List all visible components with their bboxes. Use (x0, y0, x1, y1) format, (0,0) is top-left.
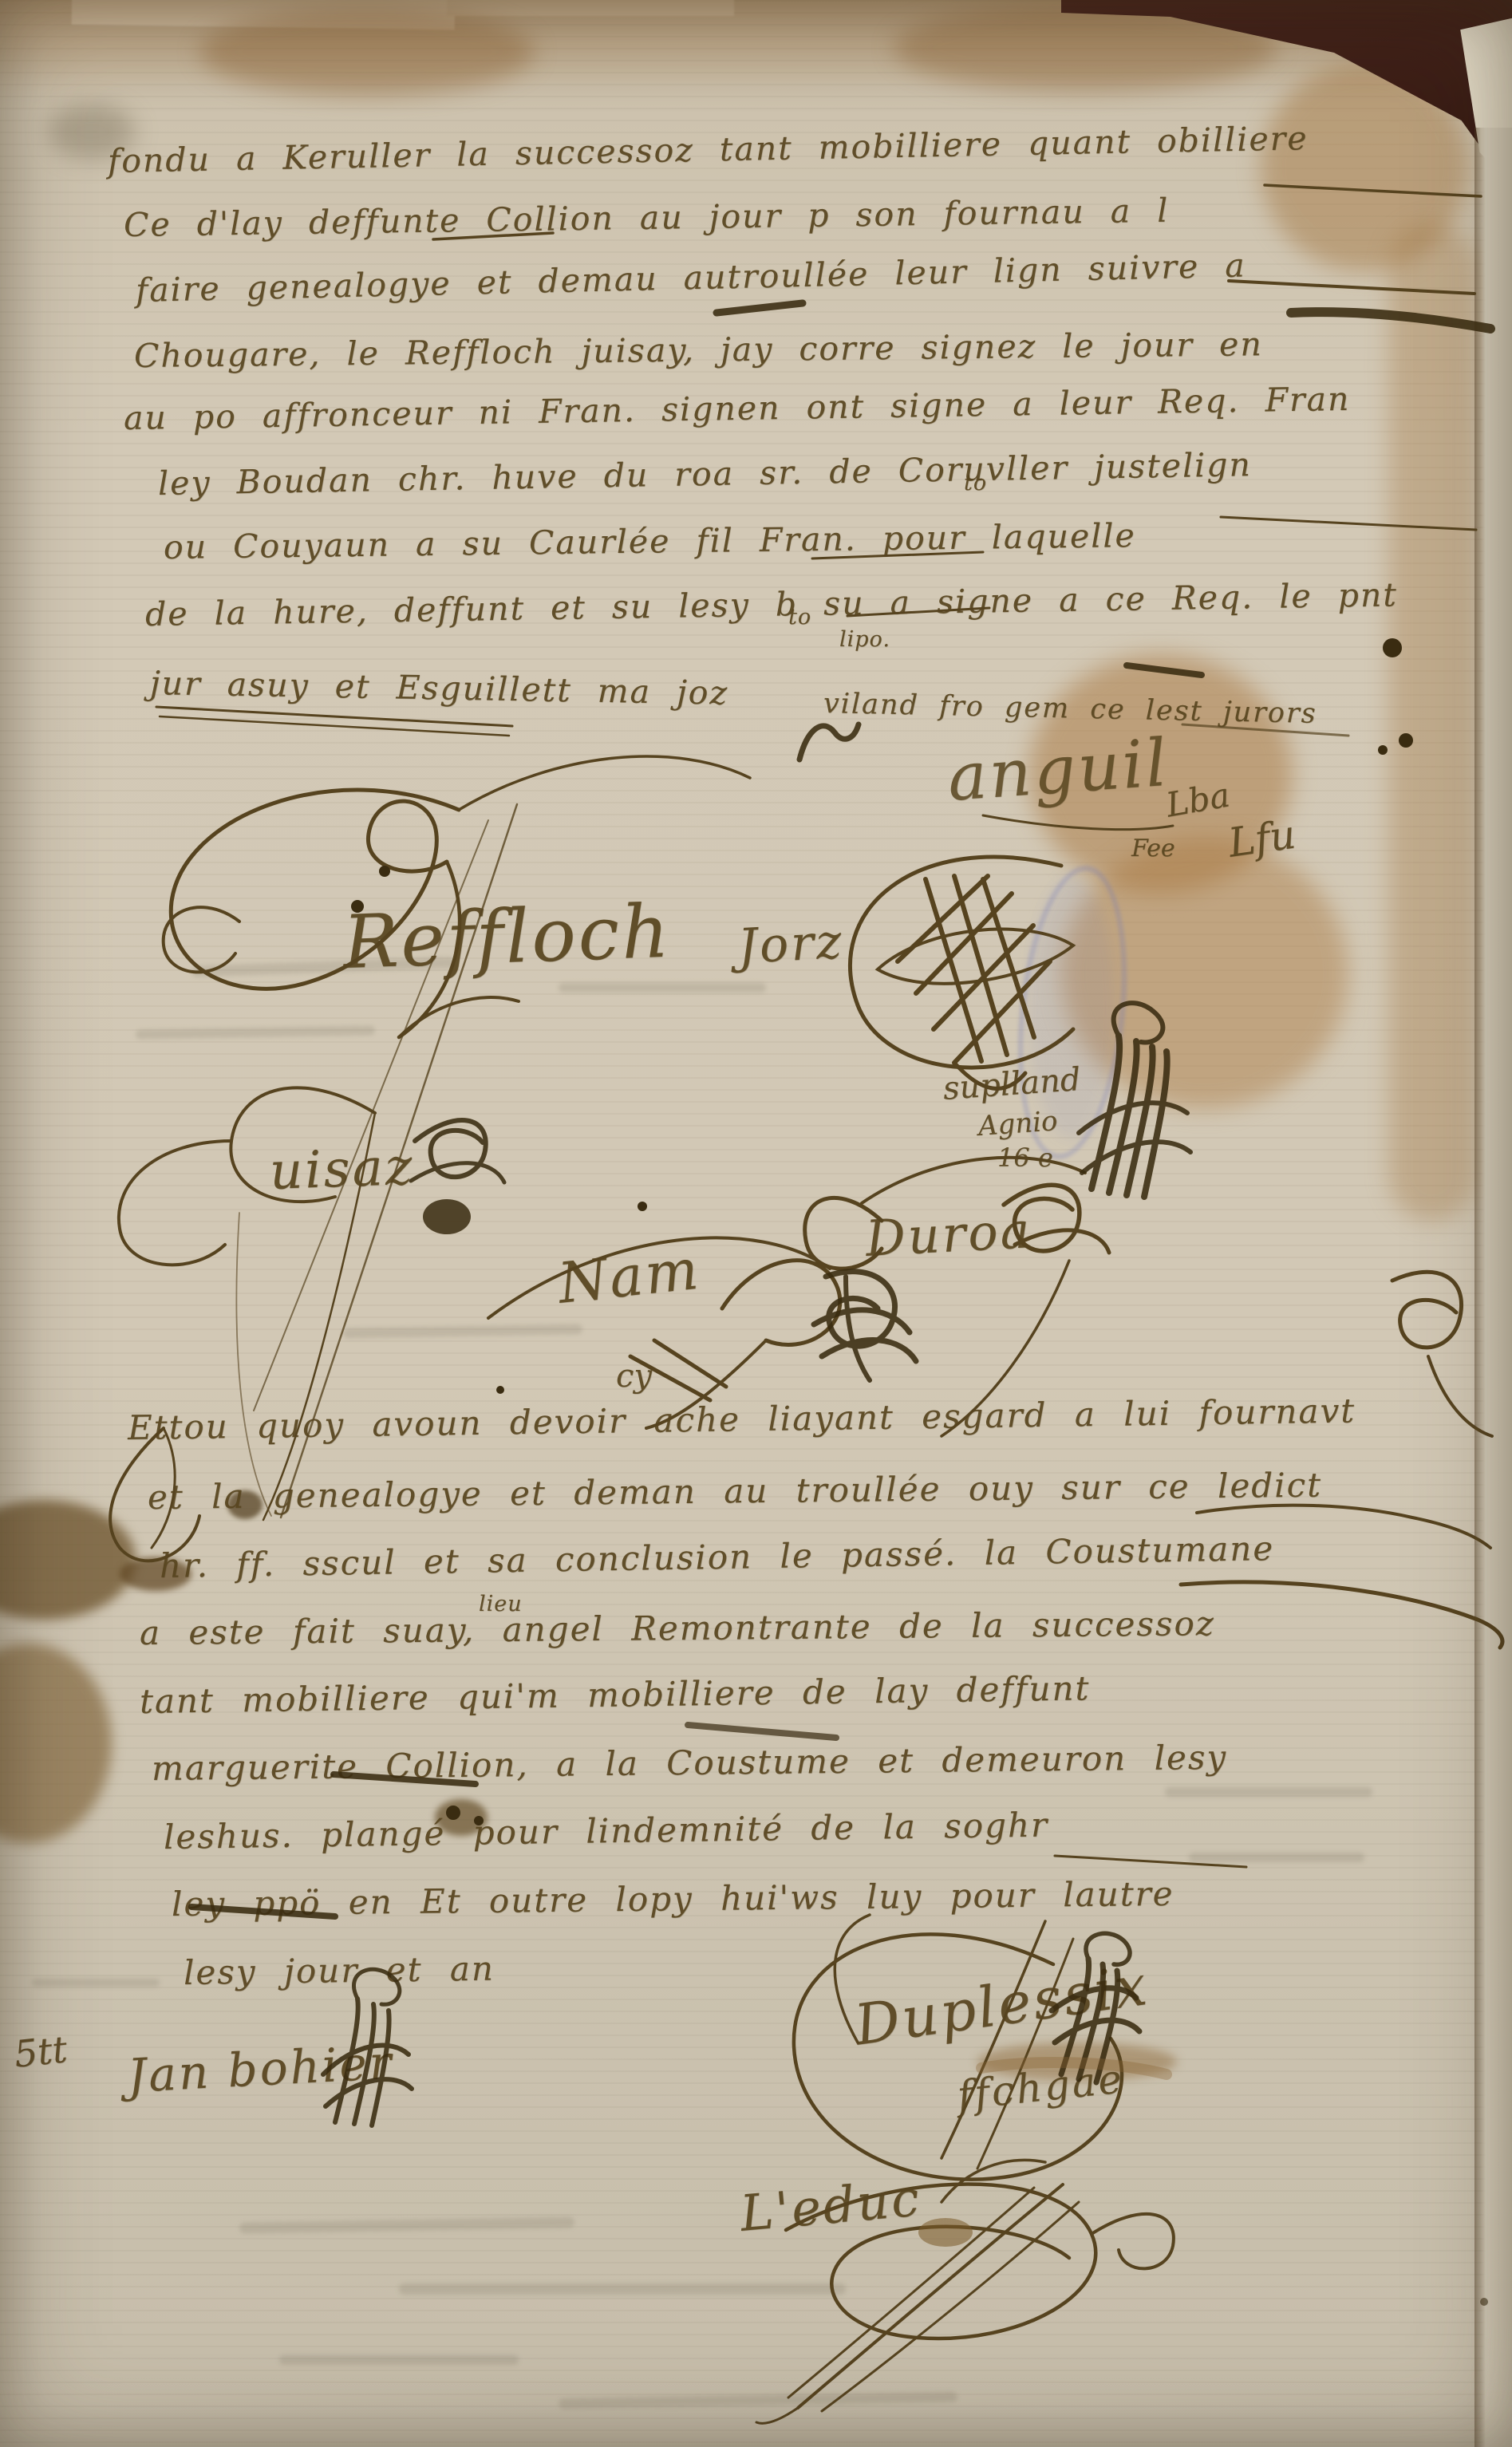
manuscript-photo: fondu a Keruller la successoz tant mobil… (0, 0, 1512, 2447)
photo-vignette (0, 0, 1512, 2447)
